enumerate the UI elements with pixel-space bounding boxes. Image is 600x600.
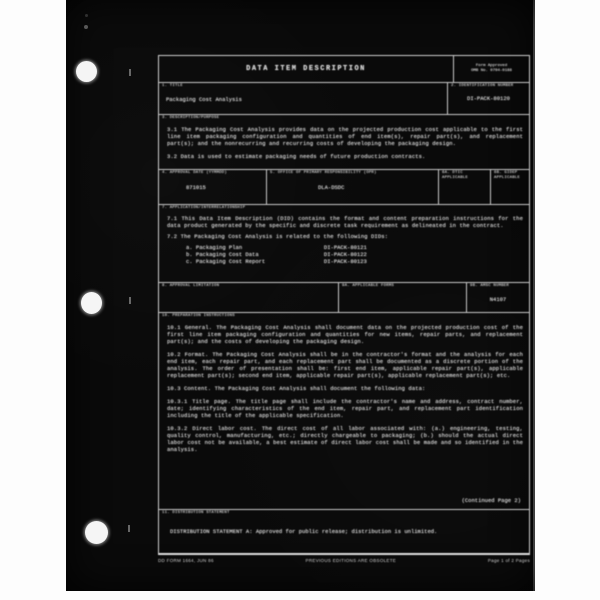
related-did-item: a. Packaging Plan DI-PACK-80121 xyxy=(186,244,526,251)
amsc-number-cell: 9b. AMSC NUMBER N4107 xyxy=(466,283,529,312)
description-purpose-label: 3. DESCRIPTION/PURPOSE xyxy=(162,116,526,121)
punch-hole-bottom xyxy=(85,521,108,544)
application-interrelationship-section: 7. APPLICATION/INTERRELATIONSHIP 7.1 Thi… xyxy=(159,205,529,283)
related-did-number: DI-PACK-80121 xyxy=(324,244,367,251)
dtic-applicable-cell: 6a. DTIC APPLICABLE xyxy=(438,170,490,204)
title-cell: 1. TITLE Packaging Cost Analysis xyxy=(159,83,447,114)
page-number: Page 1 of 2 Pages xyxy=(488,558,530,563)
identification-number-value: DI-PACK-80120 xyxy=(451,95,526,102)
distribution-statement-label: 11. DISTRIBUTION STATEMENT xyxy=(162,511,526,516)
previous-editions-note: PREVIOUS EDITIONS ARE OBSOLETE xyxy=(306,558,397,563)
related-did-item: c. Packaging Cost Report DI-PACK-80123 xyxy=(186,258,526,265)
related-did-letter: b. xyxy=(186,251,193,258)
scan-speck xyxy=(85,14,88,17)
punch-hole-middle xyxy=(81,292,102,314)
data-item-description-form: DATA ITEM DESCRIPTION Form Approved OMB … xyxy=(158,55,530,555)
opr-label: 5. OFFICE OF PRIMARY RESPONSIBILITY (OPR… xyxy=(270,171,435,176)
approval-date-value: 871015 xyxy=(186,184,263,191)
related-did-number: DI-PACK-80122 xyxy=(324,251,367,258)
distribution-statement-section: 11. DISTRIBUTION STATEMENT DISTRIBUTION … xyxy=(159,510,529,556)
identification-number-cell: 2. IDENTIFICATION NUMBER DI-PACK-80120 xyxy=(447,83,529,114)
description-purpose-section: 3. DESCRIPTION/PURPOSE 3.1 The Packaging… xyxy=(159,115,529,170)
form-approved-text: Form Approved xyxy=(476,64,507,69)
description-paragraph-3-2: 3.2 Data is used to estimate packaging n… xyxy=(167,153,523,160)
amsc-number-value: N4107 xyxy=(470,296,526,303)
preparation-paragraph-10-3-2: 10.3.2 Direct labor cost. The direct cos… xyxy=(167,425,523,453)
approval-date-label: 4. APPROVAL DATE (YYMMDD) xyxy=(162,171,263,176)
form-header-row: DATA ITEM DESCRIPTION Form Approved OMB … xyxy=(159,56,529,83)
title-row: 1. TITLE Packaging Cost Analysis 2. IDEN… xyxy=(159,83,529,115)
approval-date-cell: 4. APPROVAL DATE (YYMMDD) 871015 xyxy=(159,170,266,204)
application-paragraph-7-2: 7.2 The Packaging Cost Analysis is relat… xyxy=(167,233,523,240)
gidep-applicable-label: 6b. GIDEP APPLICABLE xyxy=(494,171,526,181)
related-did-list: a. Packaging Plan DI-PACK-80121 b. Packa… xyxy=(186,244,526,265)
approval-limitation-label: 8. APPROVAL LIMITATION xyxy=(162,284,335,289)
preparation-paragraph-10-3: 10.3 Content. The Packaging Cost Analysi… xyxy=(167,385,523,392)
title-value: Packaging Cost Analysis xyxy=(166,96,444,103)
related-did-item: b. Packaging Cost Data DI-PACK-80122 xyxy=(186,251,526,258)
omb-number: OMB No. 0704-0188 xyxy=(471,69,512,74)
opr-value: DLA-DSDC xyxy=(318,184,435,191)
applicable-forms-cell: 9a. APPLICABLE FORMS xyxy=(338,283,466,312)
distribution-statement-text: DISTRIBUTION STATEMENT A: Approved for p… xyxy=(170,528,526,535)
preparation-instructions-section: 10. PREPARATION INSTRUCTIONS 10.1 Genera… xyxy=(159,313,529,510)
registration-mark xyxy=(128,525,130,532)
form-number: DD FORM 1664, JUN 86 xyxy=(158,558,214,563)
limitation-forms-amsc-row: 8. APPROVAL LIMITATION 9a. APPLICABLE FO… xyxy=(159,283,529,313)
approval-opr-row: 4. APPROVAL DATE (YYMMDD) 871015 5. OFFI… xyxy=(159,170,529,205)
related-did-number: DI-PACK-80123 xyxy=(324,258,367,265)
preparation-paragraph-10-1: 10.1 General. The Packaging Cost Analysi… xyxy=(167,324,523,345)
approval-limitation-cell: 8. APPROVAL LIMITATION xyxy=(159,283,338,312)
scanner-background: DATA ITEM DESCRIPTION Form Approved OMB … xyxy=(0,0,600,600)
omb-approval-box: Form Approved OMB No. 0704-0188 xyxy=(453,56,529,82)
title-label: 1. TITLE xyxy=(162,84,444,89)
registration-mark xyxy=(129,297,131,304)
amsc-number-label: 9b. AMSC NUMBER xyxy=(470,284,526,289)
related-did-name: Packaging Cost Data xyxy=(196,251,324,258)
application-label: 7. APPLICATION/INTERRELATIONSHIP xyxy=(162,206,526,211)
preparation-instructions-label: 10. PREPARATION INSTRUCTIONS xyxy=(162,314,526,319)
form-footer: DD FORM 1664, JUN 86 PREVIOUS EDITIONS A… xyxy=(158,558,530,563)
description-paragraph-3-1: 3.1 The Packaging Cost Analysis provides… xyxy=(167,126,523,147)
related-did-name: Packaging Plan xyxy=(196,244,324,251)
preparation-paragraph-10-2: 10.2 Format. The Packaging Cost Analysis… xyxy=(167,351,523,379)
continued-page-note: (Continued Page 2) xyxy=(462,497,521,504)
punch-hole-top xyxy=(76,61,97,82)
related-did-letter: a. xyxy=(186,244,193,251)
scan-speck xyxy=(84,25,88,29)
application-paragraph-7-1: 7.1 This Data Item Description (DID) con… xyxy=(167,215,523,229)
dtic-applicable-label: 6a. DTIC APPLICABLE xyxy=(442,171,487,181)
preparation-paragraph-10-3-1: 10.3.1 Title page. The title page shall … xyxy=(167,398,523,419)
form-title: DATA ITEM DESCRIPTION xyxy=(159,56,453,82)
applicable-forms-label: 9a. APPLICABLE FORMS xyxy=(342,284,463,289)
opr-cell: 5. OFFICE OF PRIMARY RESPONSIBILITY (OPR… xyxy=(266,170,438,204)
registration-mark xyxy=(129,69,131,76)
related-did-name: Packaging Cost Report xyxy=(196,258,324,265)
related-did-letter: c. xyxy=(186,258,193,265)
gidep-applicable-cell: 6b. GIDEP APPLICABLE xyxy=(490,170,529,204)
identification-number-label: 2. IDENTIFICATION NUMBER xyxy=(451,84,526,89)
scanned-sheet: DATA ITEM DESCRIPTION Form Approved OMB … xyxy=(66,0,535,591)
